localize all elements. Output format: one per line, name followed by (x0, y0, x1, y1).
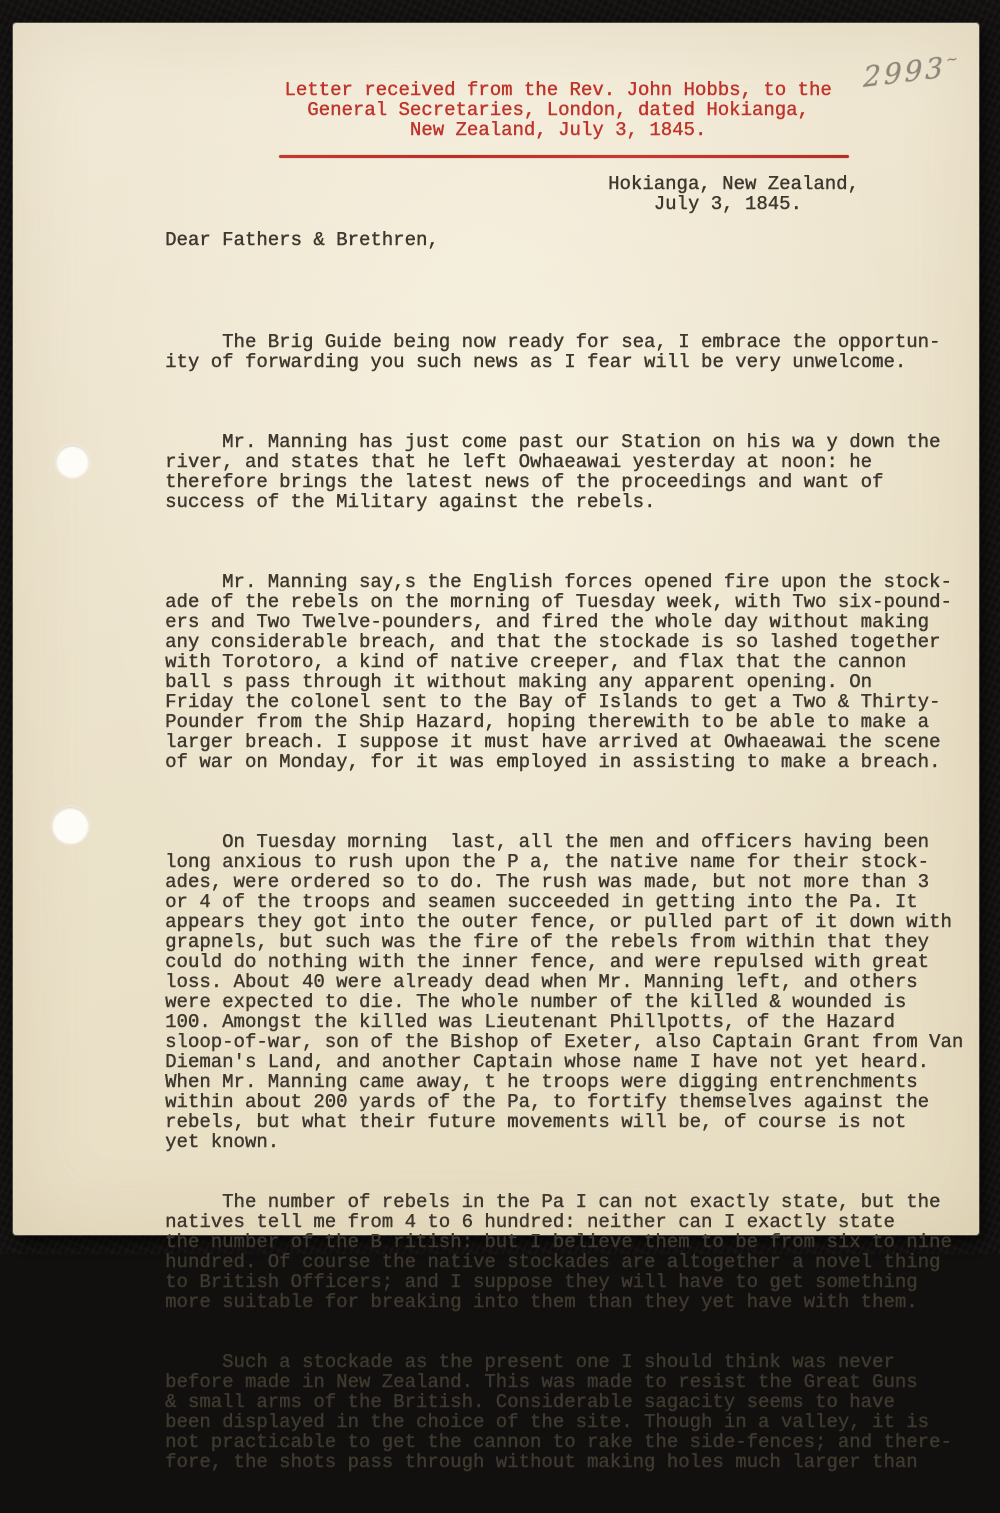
paragraph: Mr. Manning say,s the English forces ope… (165, 572, 987, 772)
hole-punch (56, 445, 89, 478)
hole-punch (52, 807, 89, 844)
salutation: Dear Fathers & Brethren, (165, 230, 439, 250)
archival-number-suffix: ~ (946, 51, 958, 69)
letter-page: 2993~ Letter received from the Rev. John… (13, 23, 979, 1235)
paragraph: Mr. Manning has just come past our Stati… (165, 432, 987, 512)
letter-body: The Brig Guide being now ready for sea, … (165, 272, 987, 1254)
paragraph: The number of rebels in the Pa I can not… (165, 1192, 987, 1254)
letter-header-title: Letter received from the Rev. John Hobbs… (208, 80, 908, 140)
paragraph: The Brig Guide being now ready for sea, … (165, 332, 987, 372)
header-rule (279, 155, 849, 158)
paragraph: On Tuesday morning last, all the men and… (165, 832, 987, 1152)
dateline: Hokianga, New Zealand, July 3, 1845. (608, 174, 859, 214)
